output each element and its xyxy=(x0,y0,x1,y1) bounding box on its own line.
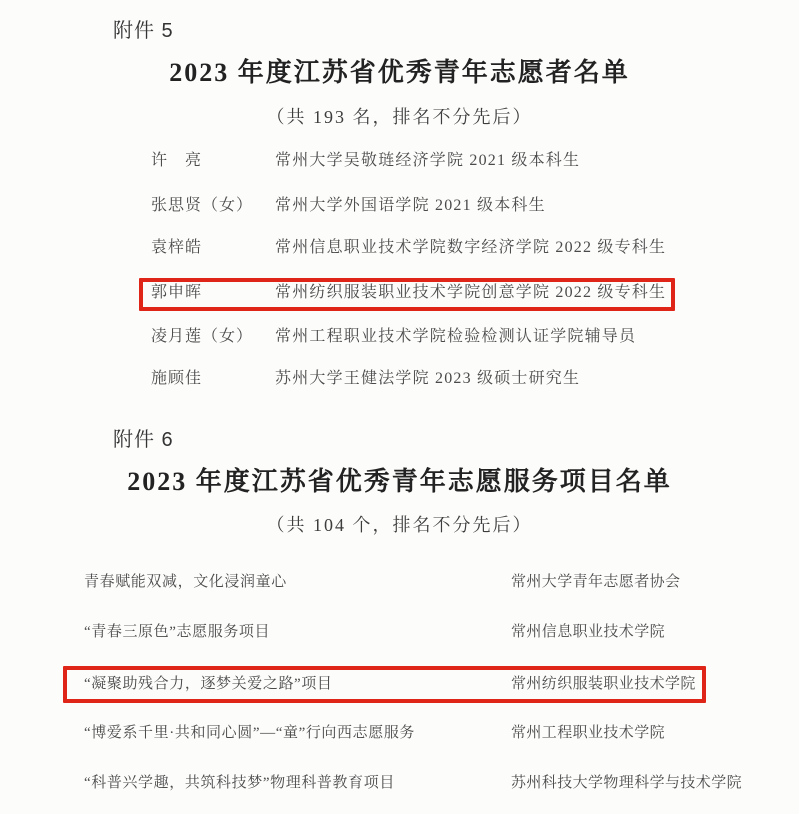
project-name: “科普兴学趣，共筑科技梦”物理科普教育项目 xyxy=(84,773,395,793)
volunteer-desc: 常州纺织服装职业技术学院创意学院 2022 级专科生 xyxy=(275,283,666,303)
project-row: “青春三原色”志愿服务项目 常州信息职业技术学院 xyxy=(0,622,799,642)
attachment5-subtitle: （共 193 名，排名不分先后） xyxy=(0,103,799,129)
project-org: 常州大学青年志愿者协会 xyxy=(511,572,680,592)
project-row: 青春赋能双减，文化浸润童心 常州大学青年志愿者协会 xyxy=(0,572,799,592)
project-name: “凝聚助残合力，逐梦关爱之路”项目 xyxy=(84,674,333,694)
project-org: 苏州科技大学物理科学与技术学院 xyxy=(511,773,742,793)
project-name: “博爱系千里·共和同心圆”—“童”行向西志愿服务 xyxy=(84,723,415,743)
volunteer-name: 郭申晖 xyxy=(151,283,202,303)
document-page: 附件 5 2023 年度江苏省优秀青年志愿者名单 （共 193 名，排名不分先后… xyxy=(0,0,799,814)
project-name: “青春三原色”志愿服务项目 xyxy=(84,622,270,642)
volunteer-desc: 常州大学吴敬琏经济学院 2021 级本科生 xyxy=(275,151,580,171)
volunteer-desc: 常州大学外国语学院 2021 级本科生 xyxy=(275,196,546,216)
volunteer-desc: 常州工程职业技术学院检验检测认证学院辅导员 xyxy=(275,327,636,347)
volunteer-name: 袁梓皓 xyxy=(151,238,202,258)
attachment6-label: 附件 6 xyxy=(113,423,174,452)
project-org: 常州信息职业技术学院 xyxy=(511,622,665,642)
attachment5-title: 2023 年度江苏省优秀青年志愿者名单 xyxy=(0,52,799,89)
volunteer-name: 施顾佳 xyxy=(151,369,202,389)
project-row: “科普兴学趣，共筑科技梦”物理科普教育项目 苏州科技大学物理科学与技术学院 xyxy=(0,773,799,793)
volunteer-row-highlighted: 郭申晖 常州纺织服装职业技术学院创意学院 2022 级专科生 xyxy=(0,283,799,303)
project-name: 青春赋能双减，文化浸润童心 xyxy=(84,572,287,592)
project-org: 常州工程职业技术学院 xyxy=(511,723,665,743)
volunteer-desc: 苏州大学王健法学院 2023 级硕士研究生 xyxy=(275,369,580,389)
project-org: 常州纺织服装职业技术学院 xyxy=(511,674,696,694)
volunteer-name: 许 亮 xyxy=(151,151,202,171)
project-row-highlighted: “凝聚助残合力，逐梦关爱之路”项目 常州纺织服装职业技术学院 xyxy=(0,674,799,694)
volunteer-row: 凌月莲（女） 常州工程职业技术学院检验检测认证学院辅导员 xyxy=(0,327,799,347)
attachment6-title: 2023 年度江苏省优秀青年志愿服务项目名单 xyxy=(0,461,799,498)
volunteer-row: 许 亮 常州大学吴敬琏经济学院 2021 级本科生 xyxy=(0,151,799,171)
volunteer-name: 凌月莲（女） xyxy=(151,327,253,347)
volunteer-row: 张思贤（女） 常州大学外国语学院 2021 级本科生 xyxy=(0,196,799,216)
attachment5-label: 附件 5 xyxy=(113,14,174,43)
volunteer-name: 张思贤（女） xyxy=(151,196,253,216)
attachment6-subtitle: （共 104 个，排名不分先后） xyxy=(0,511,799,537)
project-row: “博爱系千里·共和同心圆”—“童”行向西志愿服务 常州工程职业技术学院 xyxy=(0,723,799,743)
volunteer-row: 袁梓皓 常州信息职业技术学院数字经济学院 2022 级专科生 xyxy=(0,238,799,258)
volunteer-row: 施顾佳 苏州大学王健法学院 2023 级硕士研究生 xyxy=(0,369,799,389)
volunteer-desc: 常州信息职业技术学院数字经济学院 2022 级专科生 xyxy=(275,238,666,258)
